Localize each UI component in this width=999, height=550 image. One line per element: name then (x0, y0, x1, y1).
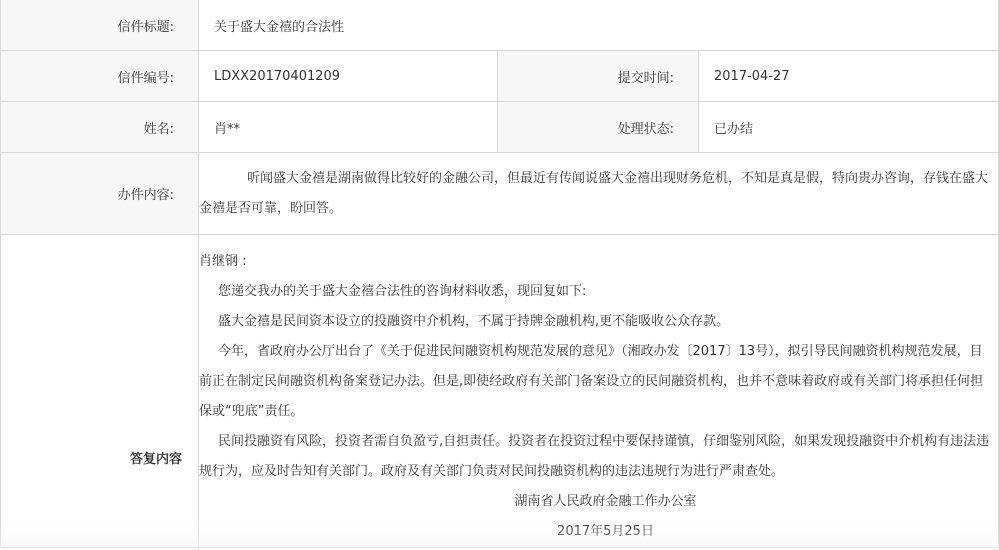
reply-content: 肖继钢 : 您递交我办的关于盛大金禧合法性的咨询材料收悉，现回复如下: 盛大金禧… (199, 235, 999, 548)
reply-label: 答复内容 (1, 315, 182, 467)
reply-paragraph: 今年，省政府办公厅出台了《关于促进民间融资机构规范发展的意见》（湘政办发〔201… (199, 337, 992, 427)
reply-salutation: 肖继钢 : (199, 247, 992, 277)
name-label: 姓名: (1, 102, 199, 153)
status-label: 处理状态: (498, 102, 699, 153)
title-label: 信件标题: (1, 0, 199, 51)
submit-time-value: 2017-04-27 (699, 51, 999, 102)
name-value: 肖** (199, 102, 498, 153)
row-name-status: 姓名: 肖** 处理状态: 已办结 (1, 102, 999, 153)
number-value: LDXX20170401209 (199, 51, 498, 102)
row-reply: 答复内容 肖继钢 : 您递交我办的关于盛大金禧合法性的咨询材料收悉，现回复如下:… (1, 235, 999, 548)
submit-time-label: 提交时间: (498, 51, 699, 102)
content-label: 办件内容: (1, 153, 199, 235)
reply-paragraph: 您递交我办的关于盛大金禧合法性的咨询材料收悉，现回复如下: (199, 277, 992, 307)
reply-label-cell: 答复内容 (1, 235, 199, 548)
letter-detail-table: 信件标题: 关于盛大金禧的合法性 信件编号: LDXX20170401209 提… (0, 0, 999, 548)
content-cell: 听闻盛大金禧是湖南做得比较好的金融公司，但最近有传闻说盛大金禧出现财务危机，不知… (199, 153, 999, 235)
reply-signature-org: 湖南省人民政府金融工作办公室 (199, 487, 992, 517)
reply-signature-date: 2017年5月25日 (199, 517, 992, 547)
reply-paragraph: 盛大金禧是民间资本设立的投融资中介机构，不属于持牌金融机构,更不能吸收公众存款。 (199, 307, 992, 337)
row-number-time: 信件编号: LDXX20170401209 提交时间: 2017-04-27 (1, 51, 999, 102)
status-value: 已办结 (699, 102, 999, 153)
content-value: 听闻盛大金禧是湖南做得比较好的金融公司，但最近有传闻说盛大金禧出现财务危机，不知… (199, 154, 998, 234)
row-content: 办件内容: 听闻盛大金禧是湖南做得比较好的金融公司，但最近有传闻说盛大金禧出现财… (1, 153, 999, 235)
reply-paragraph: 民间投融资有风险，投资者需自负盈亏,自担责任。投资者在投资过程中要保持谨慎，仔细… (199, 427, 992, 487)
title-value: 关于盛大金禧的合法性 (199, 0, 999, 51)
row-title: 信件标题: 关于盛大金禧的合法性 (1, 0, 999, 51)
number-label: 信件编号: (1, 51, 199, 102)
